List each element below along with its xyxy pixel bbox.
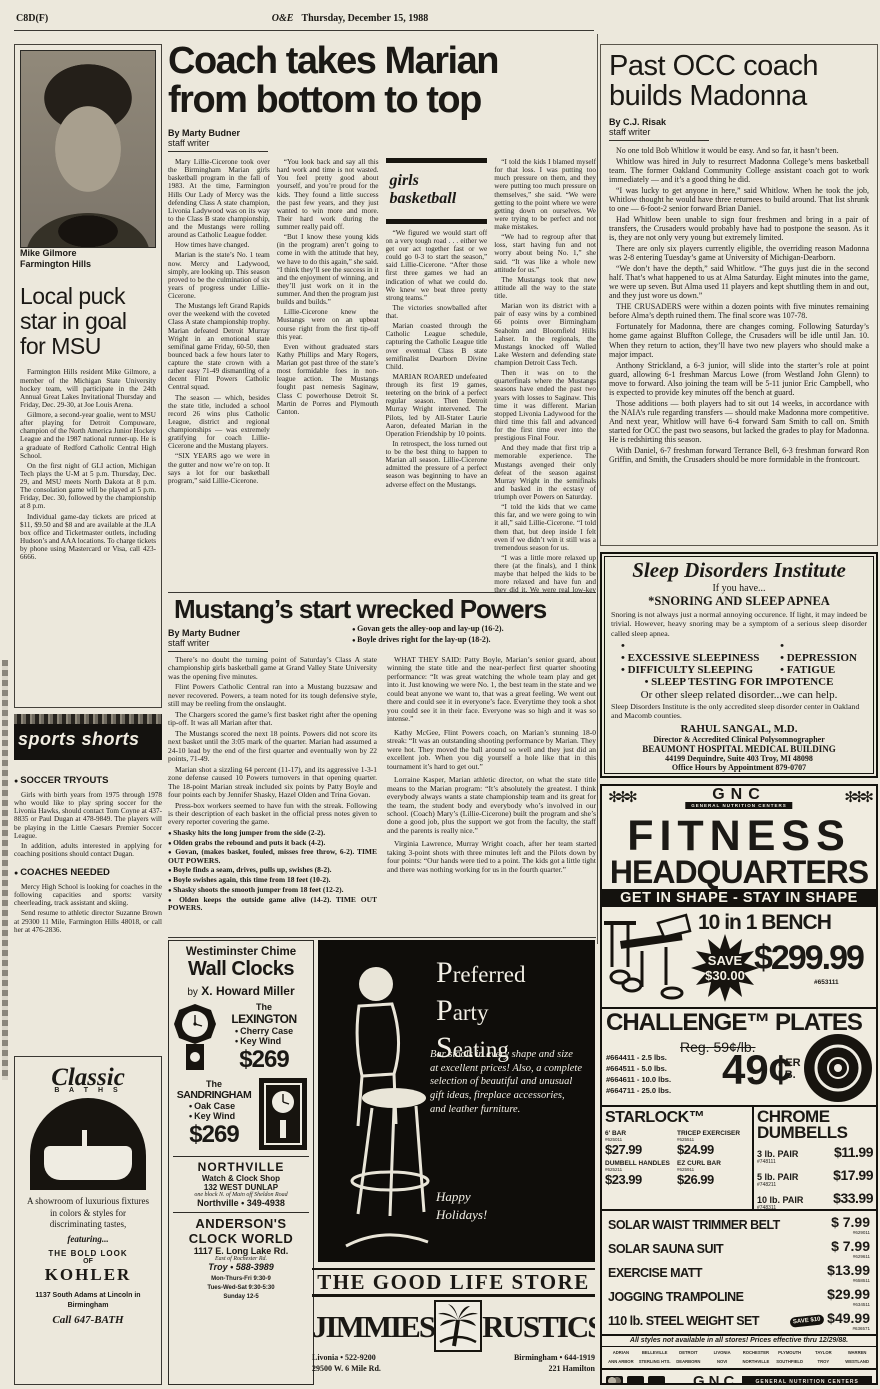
classic-address: 1137 South Adams at Lincoln in Birmingha…: [15, 1291, 161, 1311]
starlock-item: EZ CURL BAR #625911 $26.99: [677, 1160, 745, 1187]
paragraph: The Mustangs left Grand Rapids over the …: [168, 302, 270, 391]
marian-col-2: “You look back and say all this hard wor…: [277, 158, 379, 592]
plate-sku: #664611 - 10.0 lbs.: [606, 1075, 671, 1086]
good-life-store-ad: THE GOOD LIFE STORE JIMMIES RUSTICS Livo…: [312, 1268, 595, 1385]
location-left: Livonia • 522-9200 29500 W. 6 Mile Rd.: [312, 1353, 381, 1375]
rustics-wordmark: RUSTICS: [482, 1311, 595, 1342]
product-price: $49.99: [827, 1310, 870, 1326]
section-paragraphs: Girls with birth years from 1975 through…: [14, 791, 162, 858]
location-right: Birmingham • 644-1919 221 Hamilton: [514, 1353, 595, 1375]
mustangs-col-1-text: There’s no doubt the turning point of Sa…: [168, 656, 377, 827]
bench-price: $299.99: [754, 939, 863, 978]
page-code: C8D(F): [16, 13, 48, 24]
store-city: NOVI: [705, 1358, 739, 1366]
item-price: $17.99: [833, 1167, 873, 1183]
dumbells-name: CHROME DUMBELLS: [757, 1109, 873, 1141]
store-phone: Troy • 588-3989: [173, 1262, 309, 1272]
product-feature: Oak Case: [173, 1101, 255, 1111]
starlock-item: 6' BAR #625011 $27.99: [605, 1130, 673, 1157]
paragraph: There’s no doubt the turning point of Sa…: [168, 656, 377, 681]
standing-head-line: basketball: [390, 190, 486, 208]
item-info: 3 lb. PAIR #748111: [757, 1149, 798, 1165]
gnc-tagline: GET IN SHAPE - STAY IN SHAPE: [602, 889, 876, 907]
amex-icon: [648, 1376, 665, 1385]
item-price: $26.99: [677, 1172, 745, 1187]
weight-plate-illustration: [802, 1033, 874, 1103]
gnc-fitness-ad: ✻✻✻ ✻✻✻ GNC GENERAL NUTRITION CENTERS FI…: [600, 784, 878, 1385]
sleep-address: 44199 Dequindre, Suite 403 Troy, MI 4809…: [611, 754, 867, 763]
gnc-fine-print: All styles not available in all stores! …: [602, 1336, 876, 1347]
paragraph: “We had to regroup after that loss, star…: [494, 233, 596, 274]
marian-byline: By Marty Budner staff writer: [168, 128, 288, 152]
paragraph: Virginia Lawrence, Murray Wright coach, …: [387, 840, 596, 874]
weight-bench-illustration: [602, 907, 698, 1003]
store-name: NORTHVILLE: [173, 1160, 309, 1174]
press-note-bullet: Boyle swishes again, this time from 18 f…: [168, 876, 377, 885]
headline-line: Past OCC coach: [609, 51, 869, 81]
classic-ad-copy: A showroom of luxurious fixtures in colo…: [15, 1196, 161, 1231]
product-prefix: The: [219, 1002, 309, 1012]
price-row: SOLAR WAIST TRIMMER BELT $ 7.99 #629011: [608, 1214, 870, 1235]
article-madonna: Past OCC coach builds Madonna By C.J. Ri…: [600, 44, 878, 546]
party-ad-copy: Bar stools in every shape and size at ex…: [430, 1048, 582, 1116]
store-city: ANN ARBOR: [604, 1358, 638, 1366]
paragraph: Those additions — both players had to si…: [609, 399, 869, 444]
fitness-title: FITNESS: [602, 816, 876, 857]
store-city: WARREN: [840, 1349, 874, 1357]
price-row: JOGGING TRAMPOLINE $29.99 #634511: [608, 1286, 870, 1307]
item-price: $27.99: [605, 1142, 673, 1157]
item-sku: #748111: [757, 1159, 798, 1165]
svg-text:SAVE: SAVE: [708, 953, 743, 968]
closing-line: Happy: [436, 1188, 487, 1206]
product-prefix: The: [173, 1079, 255, 1089]
product-info: The SANDRINGHAM Oak Case Key Wind $269: [173, 1079, 255, 1149]
gnc-price-list: SOLAR WAIST TRIMMER BELT $ 7.99 #629011 …: [602, 1211, 876, 1336]
paragraph: “I was lucky to get anyone in here,” sai…: [609, 186, 869, 213]
section-rule: [168, 592, 596, 593]
press-notes-list: Shasky hits the long jumper from the sid…: [168, 829, 377, 913]
column-rule: [597, 34, 598, 944]
paragraph: Marian won its district with a pair of e…: [494, 302, 596, 367]
paragraph: Whitlow was hired in July to resurrect M…: [609, 157, 869, 184]
marian-col-4: “I told the kids I blamed myself for tha…: [494, 158, 596, 592]
sleep-other-line: Or other sleep related disorder...we can…: [611, 689, 867, 701]
building-name: BEAUMONT HOSPITAL MEDICAL BUILDING: [611, 744, 867, 754]
sleep-condition: *SNORING AND SLEEP APNEA: [611, 594, 867, 609]
section-heading: SOCCER TRYOUTS: [14, 775, 162, 786]
product-name: JOGGING TRAMPOLINE: [608, 1290, 827, 1304]
sleep-accreditation: Sleep Disorders Institute is the only ac…: [611, 702, 867, 721]
headline-line: Local puck: [20, 284, 156, 309]
paragraph: Anthony Strickland, a 6-3 junior, will s…: [609, 361, 869, 397]
paragraph: The Mustangs took that new attitude all …: [494, 276, 596, 300]
headline-line: star in goal: [20, 309, 156, 334]
item-name: EZ CURL BAR: [677, 1160, 745, 1167]
unit-line: LB.: [778, 1069, 801, 1081]
section-paragraphs: Mercy High School is looking for coaches…: [14, 883, 162, 934]
store-city: WESTLAND: [840, 1358, 874, 1366]
press-note-bullet: Olden keeps the outside game alive (14-2…: [168, 896, 377, 913]
location-address: 221 Hamilton: [514, 1364, 595, 1375]
hours-line: Mon-Thurs-Fri 9:30-9: [173, 1275, 309, 1284]
store-name-2: CLOCK WORLD: [173, 1231, 309, 1246]
save-starburst: SAVE $30.00: [690, 933, 760, 1003]
sleep-hours: Office Hours by Appointment 879-0707: [611, 763, 867, 772]
paragraph: Marian is the state’s No. 1 team now. Me…: [168, 251, 270, 300]
byline-rule: [168, 651, 268, 652]
product-price: $29.99: [827, 1286, 870, 1302]
product-price: $269: [173, 1121, 255, 1149]
store-name: ANDERSON'S: [173, 1216, 309, 1231]
product-info: The LEXINGTON Cherry Case Key Wind $269: [219, 1002, 309, 1074]
paragraph: “We figured we would start off on a very…: [386, 229, 488, 302]
paragraph: “I told the kids that we came this far, …: [494, 503, 596, 552]
location-phone: Birmingham • 644-1919: [514, 1353, 595, 1364]
doctor-name: RAHUL SANGAL, M.D.: [611, 723, 867, 735]
store-city: TAYLOR: [807, 1349, 841, 1357]
symptom-center: SLEEP TESTING FOR IMPOTENCE: [611, 676, 867, 688]
page-edge-artifact: [2, 660, 8, 1080]
clocks-title-2: Wall Clocks: [173, 958, 309, 981]
gnc-subtitle-bar: GENERAL NUTRITION CENTERS: [742, 1376, 872, 1385]
location-address: 29500 W. 6 Mile Rd.: [312, 1364, 381, 1375]
paragraph: Kathy McGee, Flint Powers coach, on Mari…: [387, 729, 596, 771]
plates-offer: CHALLENGE™ PLATES Reg. 59¢/lb. #664411 -…: [602, 1009, 876, 1107]
store-sub: Watch & Clock Shop: [173, 1174, 309, 1183]
headline-line: Coach takes Marian: [168, 42, 598, 81]
gnc-bottom-bar: GNC GENERAL NUTRITION CENTERS: [602, 1370, 876, 1385]
clock-product: The LEXINGTON Cherry Case Key Wind $269: [173, 1002, 309, 1074]
palm-tree-logo: [434, 1300, 482, 1352]
paragraph: The victories snowballed after that.: [386, 304, 488, 320]
item-price: $33.99: [833, 1190, 873, 1206]
paragraph: Fortunately for Madonna, there are chang…: [609, 322, 869, 358]
paragraph: Had Whitlow been unable to sign four fre…: [609, 215, 869, 242]
classic-baths-ad: Classic B A T H S A showroom of luxuriou…: [14, 1056, 162, 1385]
photo-caption-name: Mike Gilmore: [20, 248, 156, 259]
visa-icon: [627, 1376, 644, 1385]
madonna-body: No one told Bob Whitlow it would be easy…: [609, 146, 869, 524]
item-price: $24.99: [677, 1142, 745, 1157]
unit-line: PER: [778, 1057, 801, 1069]
item-name: 6' BAR: [605, 1130, 673, 1137]
gilmore-body: Farmington Hills resident Mike Gilmore, …: [20, 368, 156, 680]
paragraph: Girls with birth years from 1975 through…: [14, 791, 162, 840]
madonna-byline: By C.J. Risak staff writer: [609, 117, 869, 141]
press-note-bullet: Boyle finds a seam, drives, pulls up, sw…: [168, 866, 377, 875]
save-amount: $30.00: [705, 968, 745, 983]
plate-sku: #664511 - 5.0 lbs.: [606, 1064, 671, 1075]
plates-unit: PER LB.: [778, 1057, 801, 1081]
headquarters-title: HEADQUARTERS: [602, 857, 876, 887]
store-phone: Northville • 349-4938: [173, 1198, 309, 1208]
paragraph: Farmington Hills resident Mike Gilmore, …: [20, 368, 156, 409]
classic-brand-sub: B A T H S: [15, 1087, 161, 1094]
paragraph: THE CRUSADERS were within a dozen points…: [609, 302, 869, 320]
marian-body: Mary Lillie-Cicerone took over the Birmi…: [168, 158, 596, 592]
mike-gilmore-photo: [20, 50, 156, 248]
doctor-title: Director & Accredited Clinical Polysomno…: [611, 735, 867, 744]
item-price: $11.99: [834, 1144, 873, 1160]
wall-clocks-ad: Westiminster Chime Wall Clocks by X. How…: [168, 940, 314, 1385]
paragraph: “You look back and say all this hard wor…: [277, 158, 379, 231]
gnc-logo: GNC GENERAL NUTRITION CENTERS: [685, 788, 792, 809]
starlock-item: TRICEP EXERCISER #625511 $24.99: [677, 1130, 745, 1157]
byline-role: staff writer: [168, 138, 288, 148]
item-sku: #748311: [757, 1205, 803, 1211]
product-sku: #658511: [827, 1278, 870, 1283]
product-name: SOLAR WAIST TRIMMER BELT: [608, 1218, 831, 1232]
product-price: $ 7.99: [831, 1214, 870, 1230]
initial-cap: P: [436, 994, 453, 1027]
press-note-bullet: Olden grabs the rebound and puts it back…: [168, 839, 377, 848]
paragraph: WHAT THEY SAID: Patty Boyle, Marian’s se…: [387, 656, 596, 724]
store-city: BELLEVILLE: [638, 1349, 672, 1357]
symptom: FATIGUE: [780, 664, 857, 676]
mustangs-col-2: WHAT THEY SAID: Patty Boyle, Marian’s se…: [387, 656, 596, 936]
paragraph: Mercy High School is looking for coaches…: [14, 883, 162, 907]
item-name: TRICEP EXERCISER: [677, 1130, 745, 1137]
equipment-boxes: STARLOCK™ 6' BAR #625011 $27.99 TRICEP E…: [602, 1107, 876, 1211]
press-note-bullet: Shasky hits the long jumper from the sid…: [168, 829, 377, 838]
byline-role: staff writer: [168, 638, 288, 648]
clocks-store-2: ANDERSON'S CLOCK WORLD 1117 E. Long Lake…: [173, 1212, 309, 1272]
closing-line: Holidays!: [436, 1206, 487, 1224]
paragraph: Lorraine Kasper, Marian athletic directo…: [387, 776, 596, 835]
store-city: DEARBORN: [672, 1358, 706, 1366]
paragraph: Marian coasted through the Catholic Leag…: [386, 322, 488, 371]
product-feature: Key Wind: [173, 1111, 255, 1121]
madonna-headline: Past OCC coach builds Madonna: [609, 51, 869, 112]
holly-icon: ✻✻✻: [608, 788, 634, 807]
tub-icon: [44, 1146, 132, 1180]
dumbell-item: 5 lb. PAIR #748211 $17.99: [757, 1167, 873, 1188]
clock-product: The SANDRINGHAM Oak Case Key Wind $269: [173, 1076, 309, 1152]
mastercard-icon: [606, 1376, 623, 1385]
marian-col-3-text: “We figured we would start off on a very…: [386, 229, 488, 489]
gnc-subtitle: GENERAL NUTRITION CENTERS: [685, 802, 792, 809]
sleep-ad-inner: Sleep Disorders Institute If you have...…: [604, 556, 874, 774]
jimmies-wordmark: JIMMIES: [312, 1311, 434, 1342]
paragraph: “We don’t have the depth,” said Whitlow.…: [609, 264, 869, 300]
product-sku: #636571: [827, 1326, 870, 1331]
gilmore-headline: Local puckstar in goalfor MSU: [20, 284, 156, 360]
product-feature: Cherry Case: [219, 1026, 309, 1036]
photo-caption-city: Farmington Hills: [20, 259, 156, 270]
holly-icon: ✻✻✻: [844, 788, 870, 807]
dumbell-item: 3 lb. PAIR #748111 $11.99: [757, 1144, 873, 1165]
kohler-logo: KOHLER: [15, 1265, 161, 1285]
byline-name: By C.J. Risak: [609, 117, 869, 127]
marian-col-3: girls basketball “We figured we would st…: [386, 158, 488, 592]
gnc-top: ✻✻✻ ✻✻✻ GNC GENERAL NUTRITION CENTERS: [602, 786, 876, 816]
paragraph: Individual game-day tickets are priced a…: [20, 513, 156, 562]
classic-phone: Call 647-BATH: [15, 1314, 161, 1326]
byline-name: By Marty Budner: [168, 628, 288, 638]
paragraph: In retrospect, the loss turned out to be…: [386, 440, 488, 489]
press-note-bullet: Shasky shoots the smooth jumper from 18 …: [168, 886, 377, 895]
sleep-bullets: EXCESSIVE SLEEPINESS DIFFICULTY SLEEPING…: [611, 640, 867, 676]
section-heading: COACHES NEEDED: [14, 867, 162, 878]
item-name: 5 lb. PAIR: [757, 1172, 798, 1182]
clocks-maker: by X. Howard Miller: [173, 984, 309, 998]
product-sku: #634511: [827, 1302, 870, 1307]
product-sku: #629611: [831, 1254, 870, 1259]
paragraph: Send resume to athletic director Suzanne…: [14, 909, 162, 933]
store-city: NORTHVILLE: [739, 1358, 773, 1366]
maker-name: X. Howard Miller: [201, 984, 294, 998]
product-name: 110 lb. STEEL WEIGHT SET: [608, 1314, 790, 1328]
hours-line: Sunday 12-5: [173, 1293, 309, 1302]
paragraph: Flint Powers Catholic Central ran into a…: [168, 683, 377, 708]
store-city: ADRIAN: [604, 1349, 638, 1357]
mustangs-body: There’s no doubt the turning point of Sa…: [168, 656, 596, 936]
store-city: ROCHESTER: [739, 1349, 773, 1357]
save-badge: SAVE $10: [789, 1314, 823, 1327]
standing-head-girls-basketball: girls basketball: [386, 158, 488, 224]
product-price: $269: [219, 1046, 309, 1074]
paragraph: Marian shot a sizzling 64 percent (11-17…: [168, 766, 377, 800]
bathtub-illustration: [30, 1098, 146, 1190]
paragraph: The season — which, besides the state ti…: [168, 394, 270, 451]
paragraph: “But I know these young kids (in the pro…: [277, 233, 379, 306]
store-city: TROY: [807, 1358, 841, 1366]
location-phone: Livonia • 522-9200: [312, 1353, 381, 1364]
plates-sku-list: #664411 - 2.5 lbs.#664511 - 5.0 lbs.#664…: [606, 1053, 671, 1097]
item-name: 3 lb. PAIR: [757, 1149, 798, 1159]
party-ad-closing: Happy Holidays!: [436, 1188, 487, 1224]
clocks-title-1: Westiminster Chime: [173, 946, 309, 958]
headline-line: builds Madonna: [609, 81, 869, 111]
classic-featuring: featuring...: [15, 1234, 161, 1244]
paragraph: Press-box workers seemed to have fun wit…: [168, 802, 377, 827]
chrome-dumbells-box: CHROME DUMBELLS 3 lb. PAIR #748111 $11.9…: [754, 1107, 876, 1209]
product-name: SOLAR SAUNA SUIT: [608, 1242, 831, 1256]
price-row: EXERCISE MATT $13.99 #658511: [608, 1262, 870, 1283]
item-name: 10 lb. PAIR: [757, 1195, 803, 1205]
goodlife-addresses: Livonia • 522-9200 29500 W. 6 Mile Rd. B…: [312, 1353, 595, 1375]
sleep-disorders-ad: Sleep Disorders Institute If you have...…: [600, 552, 878, 778]
headline-line: for MSU: [20, 334, 156, 359]
sleep-ad-title: Sleep Disorders Institute: [611, 559, 867, 582]
paragraph: Even without graduated stars Kathy Phill…: [277, 343, 379, 416]
header-rule: [14, 30, 594, 31]
paragraph: “I was a little more relaxed up there (a…: [494, 554, 596, 592]
symptom-list-left: EXCESSIVE SLEEPINESS DIFFICULTY SLEEPING: [621, 640, 759, 676]
paragraph: The Mustangs scored the next 18 points. …: [168, 730, 377, 764]
product-name: SANDRINGHAM: [173, 1089, 255, 1101]
kohler-line1: THE BOLD LOOK: [15, 1249, 161, 1258]
store-city: LIVONIA: [705, 1349, 739, 1357]
byline-name: By Marty Budner: [168, 128, 288, 138]
product-price: $ 7.99: [831, 1238, 870, 1254]
mustangs-top-bullets: Govan gets the alley-oop and lay-up (16-…: [352, 624, 598, 646]
paragraph: In addition, adults interested in applyi…: [14, 842, 162, 858]
item-price: $23.99: [605, 1172, 673, 1187]
product-sku: #629011: [831, 1230, 870, 1235]
mustangs-col-1: There’s no doubt the turning point of Sa…: [168, 656, 377, 936]
paragraph: Mary Lillie-Cicerone took over the Birmi…: [168, 158, 270, 239]
bar-stool-illustration: [324, 946, 434, 1256]
store-city: DETROIT: [672, 1349, 706, 1357]
store-address: 132 WEST DUNLAP: [173, 1183, 309, 1192]
starlock-name: STARLOCK™: [605, 1109, 749, 1127]
item-info: 5 lb. PAIR #748211: [757, 1172, 798, 1188]
item-info: 10 lb. PAIR #748311: [757, 1195, 803, 1211]
article-gilmore: Mike Gilmore Farmington Hills Local puck…: [14, 44, 162, 708]
sports-shorts-body: SOCCER TRYOUTS Girls with birth years fr…: [14, 766, 162, 1052]
sleep-copy: Snoring is not always just a normal anno…: [611, 610, 867, 638]
masthead: O&E: [272, 13, 294, 24]
initial-cap: P: [436, 956, 453, 989]
product-name: EXERCISE MATT: [608, 1266, 827, 1280]
paragraph: On the first night of GLI action, Michig…: [20, 462, 156, 511]
store-city: STERLING HTS.: [638, 1358, 672, 1366]
sleep-footnote: Most major insurances accepted.: [611, 772, 867, 774]
byline-role: staff writer: [609, 127, 869, 137]
symptom: DEPRESSION: [780, 652, 857, 664]
item-sku: #748211: [757, 1182, 798, 1188]
store-city: SOUTHFIELD: [773, 1358, 807, 1366]
gnc-letters: GNC: [693, 1373, 738, 1385]
store-hours: Mon-Thurs-Fri 9:30-9Tues-Wed-Sat 9:30-5:…: [173, 1275, 309, 1302]
marian-headline: Coach takes Marian from bottom to top: [168, 42, 598, 120]
press-note-bullet: Govan gets the alley-oop and lay-up (16-…: [352, 624, 598, 635]
gnc-letters: GNC: [685, 788, 792, 802]
paragraph: Gilmore, a second-year goalie, went to M…: [20, 411, 156, 460]
paragraph: Then it was on to the quarterfinals wher…: [494, 369, 596, 442]
wall-clock-icon: [173, 1002, 217, 1074]
price-row: 110 lb. STEEL WEIGHT SET SAVE $10 $49.99…: [608, 1310, 870, 1331]
sports-shorts-banner: sports shorts: [14, 714, 162, 760]
plate-sku: #664711 - 25.0 lbs.: [606, 1086, 671, 1097]
mustangs-byline: By Marty Budner staff writer: [168, 628, 288, 652]
paragraph: How times have changed.: [168, 241, 270, 249]
standing-head-line: girls: [390, 172, 486, 190]
page-header: O&EThursday, December 15, 1988: [240, 13, 460, 24]
product-feature: Key Wind: [219, 1036, 309, 1046]
item-name: DUMBELL HANDLES: [605, 1160, 673, 1167]
byline-rule: [168, 151, 268, 152]
paragraph: MARIAN ROARED undefeated through its fir…: [386, 373, 488, 438]
product-price: $13.99: [827, 1262, 870, 1278]
press-note-bullet: Govan, (makes basket, fouled, misses fre…: [168, 848, 377, 865]
paragraph: With Daniel, 6-7 freshman forward Terran…: [609, 446, 869, 464]
press-note-bullet: Boyle drives right for the lay-up (18-2)…: [352, 635, 598, 646]
gnc-store-list: ADRIANBELLEVILLEDETROITLIVONIAROCHESTERP…: [602, 1347, 876, 1370]
starlock-box: STARLOCK™ 6' BAR #625011 $27.99 TRICEP E…: [602, 1107, 754, 1209]
byline-rule: [609, 140, 709, 141]
clocks-store-1: NORTHVILLE Watch & Clock Shop 132 WEST D…: [173, 1156, 309, 1208]
goodlife-names: JIMMIES RUSTICS: [312, 1300, 595, 1352]
hours-line: Tues-Wed-Sat 9:30-5:30: [173, 1284, 309, 1293]
kohler-line2: OF: [15, 1258, 161, 1265]
bench-name: 10 in 1 BENCH: [698, 911, 831, 935]
store-city: PLYMOUTH: [773, 1349, 807, 1357]
paragraph: And they made that first trip a memorabl…: [494, 444, 596, 501]
wall-clock-icon: [257, 1076, 309, 1152]
symptom: DIFFICULTY SLEEPING: [621, 664, 759, 676]
plate-sku: #664411 - 2.5 lbs.: [606, 1053, 671, 1064]
bench-offer: 10 in 1 BENCH SAVE $30.00 $299.99 #65311…: [602, 907, 876, 1009]
by-word: by: [187, 987, 198, 998]
party-seating-ad: PPreferredreferred Party Seating Bar sto…: [318, 940, 595, 1262]
marian-col-1: Mary Lillie-Cicerone took over the Birmi…: [168, 158, 270, 592]
symptom-list-right: DEPRESSION FATIGUE: [780, 640, 857, 676]
paragraph: “SIX YEARS ago we were in the gutter and…: [168, 452, 270, 485]
dumbell-item: 10 lb. PAIR #748311 $33.99: [757, 1190, 873, 1211]
